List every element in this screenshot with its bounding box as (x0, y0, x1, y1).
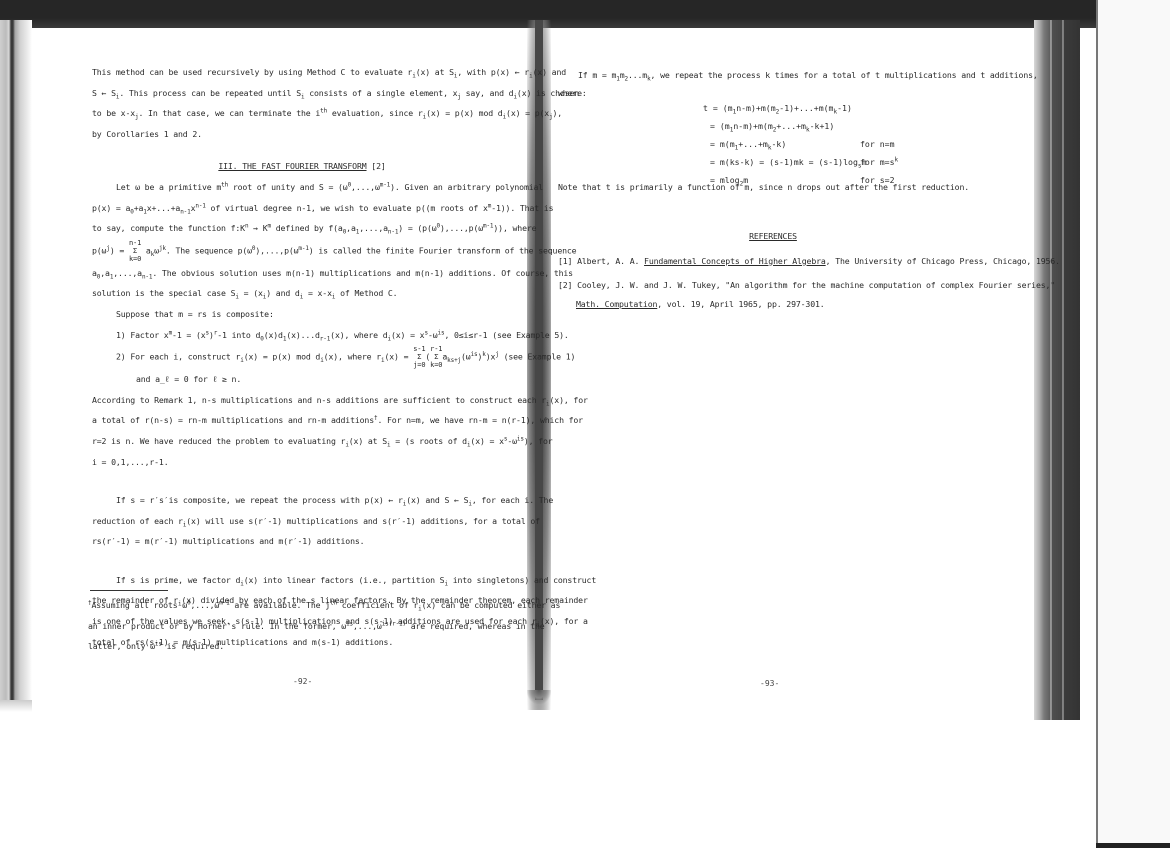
reference-2: [2] Cooley, J. W. and J. W. Tukey, "An a… (558, 275, 1060, 296)
steps-list: 1) Factor xm-1 = (xs)r-1 into d0(x)d1(x)… (92, 325, 596, 390)
scanned-book-spread: This method can be used recursively by u… (0, 0, 1170, 848)
scanner-bed-margin (1096, 0, 1170, 848)
step-2: 2) For each i, construct ri(x) = p(x) mo… (92, 345, 596, 369)
references-title: REFERENCES (749, 231, 797, 241)
references-section: REFERENCES [1] Albert, A. A. Fundamental… (558, 226, 1060, 312)
left-page-edge-bottom (0, 700, 32, 712)
scanner-bed-edge (1096, 843, 1170, 848)
page-number-left: -92- (293, 677, 312, 686)
cost-equations: t = (m1n-m)+m(m2-1)+...+m(mk-1) = (m1n-m… (703, 99, 898, 189)
intro-paragraph: This method can be used recursively by u… (92, 62, 596, 144)
left-page-edge (0, 20, 32, 710)
section-title: III. THE FAST FOURIER TRANSFORM (218, 161, 366, 171)
fft-definition-paragraph: Let ω be a primitive mth root of unity a… (92, 177, 596, 304)
right-page-stack-edge (1034, 20, 1080, 720)
book-gutter-tip (527, 690, 551, 704)
equation-row: = m(ks-k) = (s-1)mk = (s-1)logsmfor m=sk (703, 153, 898, 171)
right-page: If m = m1m2...mk, we repeat the process … (558, 65, 1038, 100)
step-2-continuation: and a_ℓ = 0 for ℓ ≥ n. (92, 369, 596, 390)
equation-row: = m(m1+...+mk-k)for n=m (703, 135, 898, 153)
composite-intro: Suppose that m = rs is composite: (92, 304, 596, 325)
left-page: This method can be used recursively by u… (92, 62, 596, 652)
reference-2-continuation: Math. Computation, vol. 19, April 1965, … (558, 296, 1060, 312)
scan-top-shadow-fade (0, 18, 1108, 28)
remark-paragraph: According to Remark 1, n-s multiplicatio… (92, 390, 596, 472)
where-label: where: (558, 86, 1038, 100)
equation-row: t = (m1n-m)+m(m2-1)+...+m(mk-1) (703, 99, 898, 117)
footnote: †Assuming all roots ω0,...,ωm-1 are avai… (88, 590, 560, 657)
composite-s-paragraph: If s = r′s′is composite, we repeat the p… (92, 490, 596, 552)
footnote-rule (90, 590, 168, 591)
note-line: Note that t is primarily a function of m… (558, 177, 969, 198)
step-1: 1) Factor xm-1 = (xs)r-1 into d0(x)d1(x)… (92, 325, 596, 346)
section-heading: III. THE FAST FOURIER TRANSFORM [2] (92, 156, 512, 177)
page-number-right: -93- (760, 679, 779, 688)
reference-1: [1] Albert, A. A. Fundamental Concepts o… (558, 251, 1060, 272)
equation-row: = (m1n-m)+m(m2+...+mk-k+1) (703, 117, 898, 135)
section-citation: [2] (371, 161, 385, 171)
